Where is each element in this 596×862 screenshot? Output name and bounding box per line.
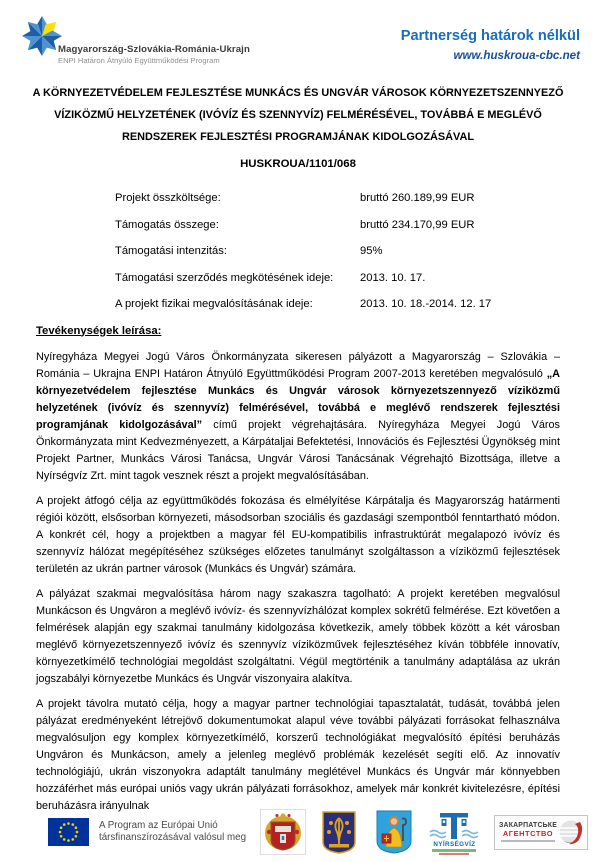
project-details: Projekt összköltsége: bruttó 260.189,99 …: [115, 192, 596, 310]
detail-row-implementation-period: A projekt fizikai megvalósításának ideje…: [115, 298, 596, 310]
nyirsegviz-label: NYÍRSÉGVÍZ: [433, 841, 475, 848]
saint-coat-of-arms-icon: [373, 809, 415, 855]
detail-row-grant-intensity: Támogatási intenzitás: 95%: [115, 245, 596, 257]
eu-flag-icon: [48, 818, 89, 846]
project-code: HUSKROUA/1101/068: [0, 158, 596, 170]
detail-label: Projekt összköltsége:: [115, 192, 360, 204]
paragraph-text: Nyíregyháza Megyei Jogú Város Önkormányz…: [36, 351, 560, 380]
detail-value: bruttó 260.189,99 EUR: [360, 192, 474, 204]
detail-row-grant-amount: Támogatás összege: bruttó 234.170,99 EUR: [115, 219, 596, 231]
eu-text-line-2: társfinanszírozásával valósul meg: [99, 832, 246, 845]
detail-row-total-cost: Projekt összköltsége: bruttó 260.189,99 …: [115, 192, 596, 204]
detail-row-contract-date: Támogatási szerződés megkötésének ideje:…: [115, 272, 596, 284]
page-footer: A Program az Európai Unió társfinanszíro…: [48, 806, 588, 858]
detail-label: Támogatási intenzitás:: [115, 245, 360, 257]
nyirsegviz-subtext-bar-2: [439, 853, 469, 855]
activities-paragraph-3: A pályázat szakmai megvalósítása három n…: [36, 586, 560, 688]
detail-label: Támogatás összege:: [115, 219, 360, 231]
zakarpatske-agency-text: ЗАКАРПАТСЬКЕ АГЕНТСТВО: [498, 822, 558, 843]
project-info-document: Magyarország-Szlovákia-Románia-Ukrajn EN…: [0, 0, 596, 862]
header-slogan-block: Partnerség határok nélkül www.huskroua-c…: [401, 8, 580, 66]
program-slogan: Partnerség határok nélkül: [401, 28, 580, 44]
zakarpatske-agency-logo: ЗАКАРПАТСЬКЕ АГЕНТСТВО: [494, 815, 588, 850]
nyirsegviz-logo: NYÍRSÉGVÍZ: [428, 810, 480, 855]
eu-text-line-1: A Program az Európai Unió: [99, 820, 246, 833]
zak-agency-subtext-bar: [501, 840, 555, 843]
program-logo: Magyarország-Szlovákia-Románia-Ukrajn EN…: [22, 8, 250, 66]
munkacs-coat-of-arms-icon: [261, 810, 305, 854]
munkacs-coat-of-arms: [260, 809, 306, 855]
saint-coat-of-arms: [373, 809, 415, 855]
program-star-icon: [22, 10, 62, 66]
activities-section: Tevékenységek leírása: Nyíregyháza Megye…: [0, 325, 596, 815]
detail-label: Támogatási szerződés megkötésének ideje:: [115, 272, 360, 284]
program-logo-title: Magyarország-Szlovákia-Románia-Ukrajn: [58, 44, 250, 55]
eu-cofinancing-text: A Program az Európai Unió társfinanszíro…: [99, 820, 246, 845]
page-header: Magyarország-Szlovákia-Románia-Ukrajn EN…: [0, 0, 596, 66]
activities-paragraph-4: A projekt távolra mutató célja, hogy a m…: [36, 696, 560, 815]
activities-heading: Tevékenységek leírása:: [36, 325, 560, 337]
zak-agency-line-2: АГЕНТСТВО: [498, 829, 558, 838]
ungvar-coat-of-arms-icon: [319, 810, 359, 854]
program-logo-subtitle: ENPI Határon Átnyúló Együttműködési Prog…: [58, 56, 250, 65]
document-title: A KÖRNYEZETVÉDELEM FEJLESZTÉSE MUNKÁCS É…: [26, 82, 570, 148]
eu-cofinancing-block: A Program az Európai Unió társfinanszíro…: [48, 818, 246, 846]
detail-label: A projekt fizikai megvalósításának ideje…: [115, 298, 360, 310]
nyirsegviz-subtext-bar: [432, 849, 476, 852]
activities-paragraph-2: A projekt átfogó célja az együttműködés …: [36, 493, 560, 578]
water-tower-icon: [428, 810, 480, 840]
detail-value: bruttó 234.170,99 EUR: [360, 219, 474, 231]
program-website-link[interactable]: www.huskroua-cbc.net: [401, 49, 580, 62]
detail-value: 2013. 10. 17.: [360, 272, 425, 284]
program-logo-text: Magyarország-Szlovákia-Románia-Ukrajn EN…: [58, 44, 250, 65]
detail-value: 2013. 10. 18.-2014. 12. 17: [360, 298, 491, 310]
detail-value: 95%: [360, 245, 382, 257]
zak-agency-sphere-icon: [558, 819, 584, 845]
activities-paragraph-1: Nyíregyháza Megyei Jogú Város Önkormányz…: [36, 349, 560, 485]
ungvar-coat-of-arms: [319, 810, 359, 854]
zak-agency-line-1: ЗАКАРПАТСЬКЕ: [498, 822, 558, 829]
